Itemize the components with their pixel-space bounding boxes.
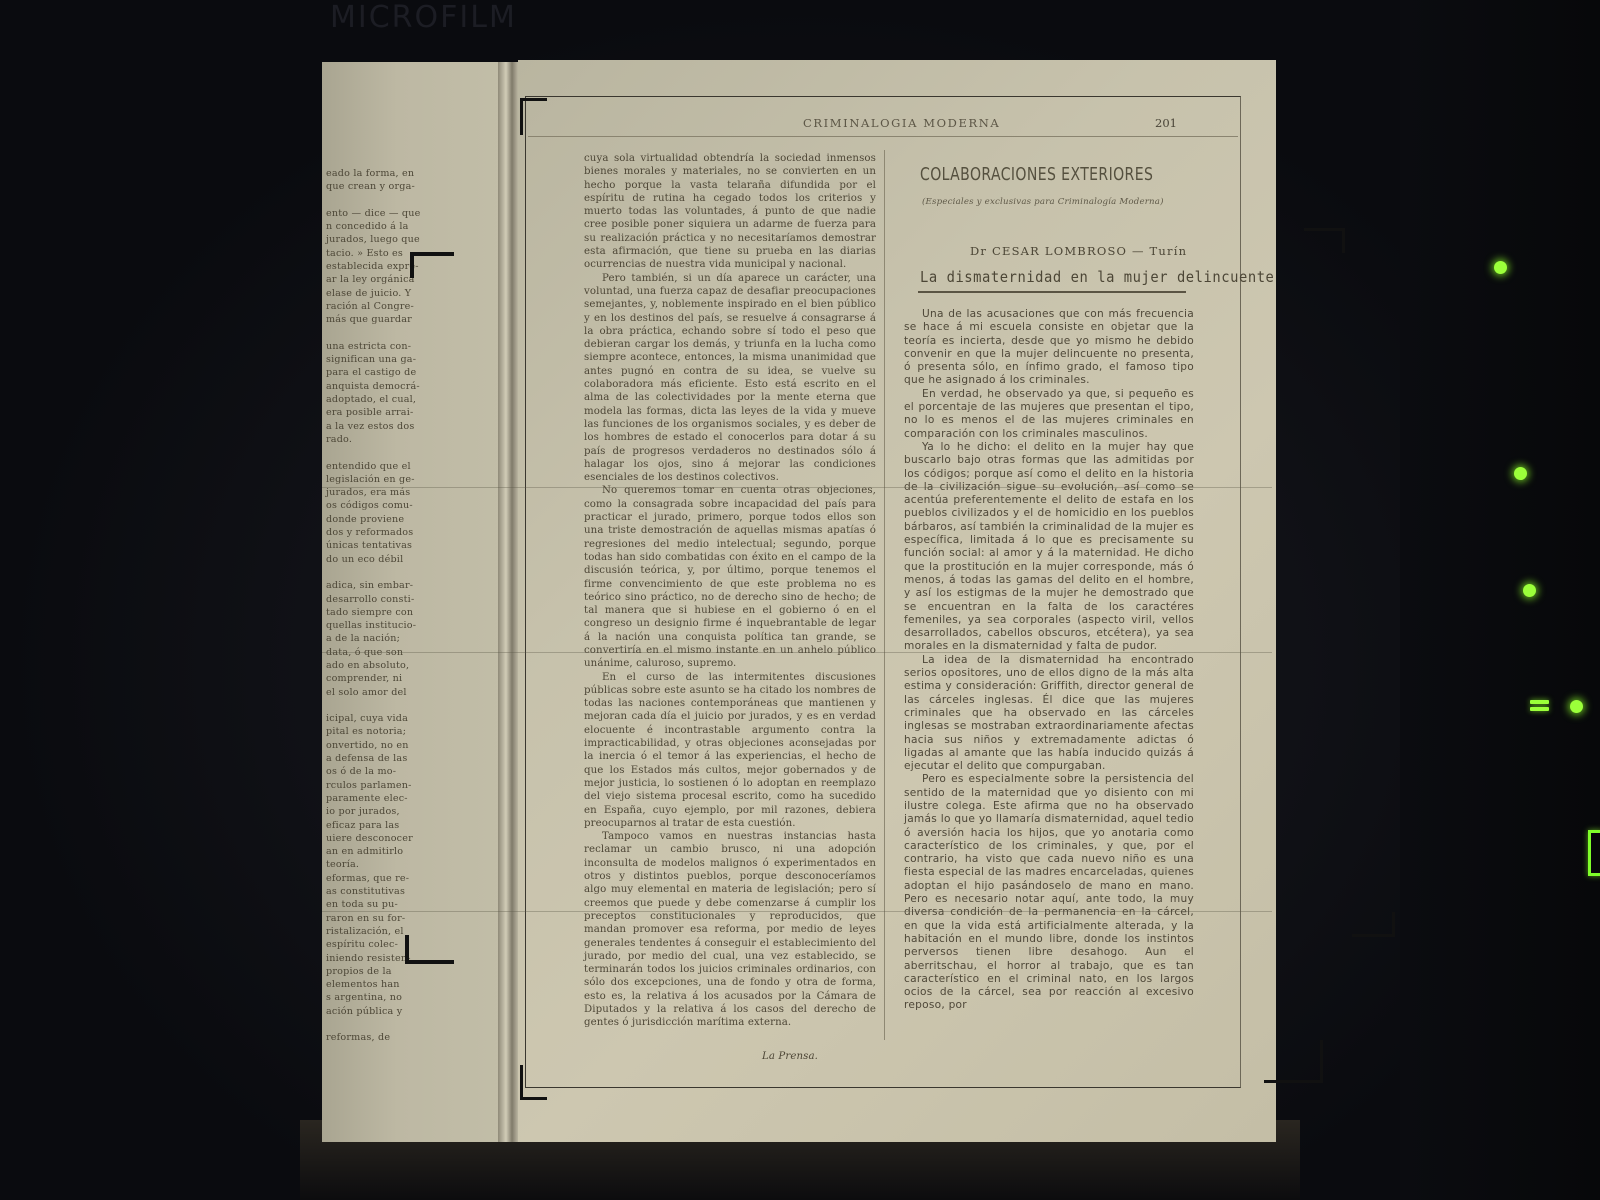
scan-artifact-line	[322, 487, 1272, 488]
crop-mark-icon	[1264, 1040, 1323, 1083]
paragraph: Ya lo he dicho: el delito en la mujer ha…	[904, 441, 1194, 654]
header-rule	[528, 136, 1238, 137]
crop-mark-icon	[520, 1065, 547, 1100]
scanner-side-panel	[1400, 0, 1600, 1200]
previous-page-fragment: eado la forma, en que crean y orga- ento…	[322, 62, 510, 1142]
status-led-icon	[1514, 467, 1527, 480]
column-divider	[884, 150, 885, 1040]
previous-page-text: eado la forma, en que crean y orga- ento…	[326, 167, 504, 1045]
status-led-icon	[1494, 261, 1507, 274]
book-spine	[498, 62, 518, 1142]
segment-display-icon	[1588, 830, 1600, 876]
crop-mark-icon	[410, 252, 454, 278]
article-title: La dismaternidad en la mujer delincuente	[920, 268, 1274, 286]
scan-artifact-line	[322, 652, 1272, 653]
crop-mark-icon	[1352, 912, 1395, 937]
left-column: cuya sola virtualidad obtendría la socie…	[584, 152, 876, 1063]
paragraph: Una de las acusaciones que con más frecu…	[904, 308, 1194, 388]
title-underline	[918, 291, 1186, 293]
signature: La Prensa.	[584, 1050, 876, 1063]
paragraph: Tampoco vamos en nuestras instancias has…	[584, 830, 876, 1029]
section-subtitle: (Especiales y exclusivas para Criminalog…	[922, 197, 1164, 207]
running-head: CRIMINALOGIA MODERNA	[803, 116, 1000, 130]
paragraph: Pero también, si un día aparece un carác…	[584, 272, 876, 485]
paragraph: Pero es especialmente sobre la persisten…	[904, 773, 1194, 1012]
crop-mark-icon	[520, 98, 547, 135]
crop-mark-icon	[1304, 228, 1345, 253]
right-column: Una de las acusaciones que con más frecu…	[904, 308, 1194, 1013]
status-led-icon	[1570, 700, 1583, 713]
page-number: 201	[1155, 116, 1177, 130]
paragraph: En el curso de las intermitentes discusi…	[584, 671, 876, 831]
paragraph: No queremos tomar en cuenta otras objeci…	[584, 484, 876, 670]
paragraph: La idea de la dismaternidad ha encontrad…	[904, 654, 1194, 774]
paragraph: cuya sola virtualidad obtendría la socie…	[584, 152, 876, 272]
scan-artifact-line	[322, 911, 1272, 912]
scanner-label: MICROFILM	[330, 0, 517, 35]
paragraph: En verdad, he observado ya que, si peque…	[904, 388, 1194, 441]
status-led-icon	[1523, 584, 1536, 597]
author-byline: Dr CESAR LOMBROSO — Turín	[970, 244, 1187, 258]
section-title: COLABORACIONES EXTERIORES	[920, 164, 1153, 185]
level-bars-icon	[1530, 700, 1549, 714]
crop-mark-icon	[405, 935, 454, 964]
